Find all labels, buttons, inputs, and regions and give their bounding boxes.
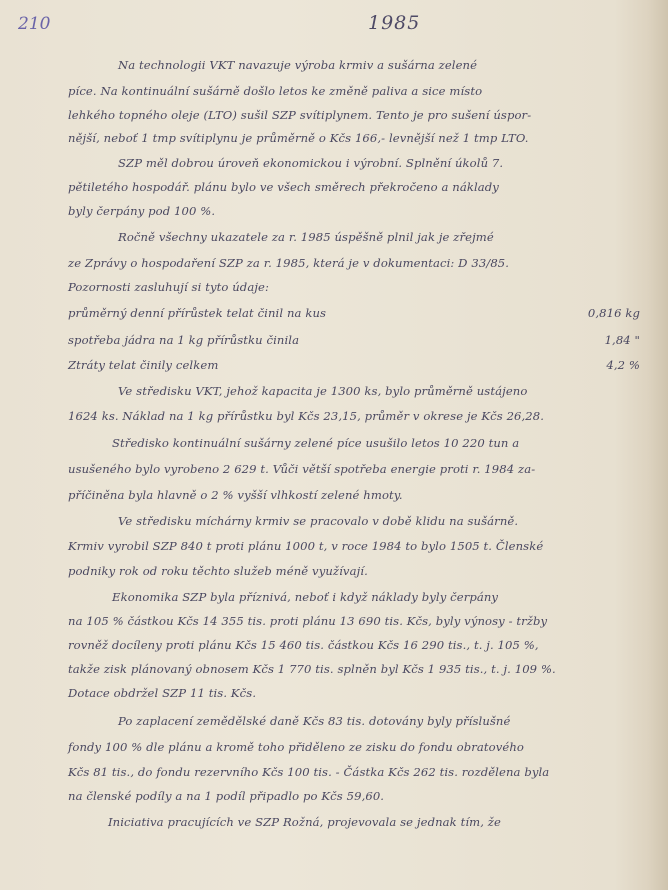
text-line: Po zaplacení zemědělské daně Kčs 83 tis.… [118,714,510,728]
text-line: byly čerpány pod 100 %. [68,204,215,218]
indicator-label: Ztráty telat činily celkem [68,358,218,372]
indicator-value: 1,84 " [605,333,646,347]
indicator-row: Ztráty telat činily celkem 4,2 % [68,358,646,372]
text-line: Iniciativa pracujících ve SZP Rožná, pro… [108,815,501,829]
text-line: ze Zprávy o hospodaření SZP za r. 1985, … [68,256,509,270]
indicator-value: 0,816 kg [588,306,646,320]
text-line: Ekonomika SZP byla příznivá, neboť i kdy… [112,590,498,604]
text-line: Pozornosti zasluhují si tyto údaje: [68,280,269,294]
indicator-label: spotřeba jádra na 1 kg přírůstku činila [68,333,299,347]
indicator-label: průměrný denní přírůstek telat činil na … [68,306,326,320]
text-line: Dotace obdržel SZP 11 tis. Kčs. [68,686,256,700]
text-line: Ročně všechny ukazatele za r. 1985 úspěš… [118,230,494,244]
text-line: usušeného bylo vyrobeno 2 629 t. Vůči vě… [68,462,535,476]
text-line: příčiněna byla hlavně o 2 % vyšší vlhkos… [68,488,403,502]
text-line: rovněž docíleny proti plánu Kčs 15 460 t… [68,638,539,652]
text-line: Středisko kontinuální sušárny zelené píc… [112,436,519,450]
text-line: na 105 % částkou Kčs 14 355 tis. proti p… [68,614,547,628]
text-line: Krmiv vyrobil SZP 840 t proti plánu 1000… [68,539,543,553]
text-line: podniky rok od roku těchto služeb méně v… [68,564,368,578]
text-line: fondy 100 % dle plánu a kromě toho přidě… [68,740,524,754]
indicator-row: průměrný denní přírůstek telat činil na … [68,306,646,320]
text-line: Na technologii VKT navazuje výroba krmiv… [118,58,477,72]
text-line: Ve středisku míchárny krmiv se pracovalo… [118,514,518,528]
text-line: SZP měl dobrou úroveň ekonomickou i výro… [118,156,503,170]
year-heading: 1985 [368,12,420,34]
page-number: 210 [18,14,50,34]
text-line: nější, neboť 1 tmp svítiplynu je průměrn… [68,131,529,145]
text-line: Ve středisku VKT, jehož kapacita je 1300… [118,384,527,398]
text-line: píce. Na kontinuální sušárně došlo letos… [68,84,482,98]
text-line: lehkého topného oleje (LTO) sušil SZP sv… [68,108,531,122]
text-line: takže zisk plánovaný obnosem Kčs 1 770 t… [68,662,556,676]
text-line: pětiletého hospodář. plánu bylo ve všech… [68,180,499,194]
chronicle-page: 210 1985 Na technologii VKT navazuje výr… [0,0,668,890]
indicator-value: 4,2 % [606,358,646,372]
text-line: na členské podíly a na 1 podíl připadlo … [68,789,384,803]
text-line: 1624 ks. Náklad na 1 kg přírůstku byl Kč… [68,409,544,423]
indicator-row: spotřeba jádra na 1 kg přírůstku činila … [68,333,646,347]
text-line: Kčs 81 tis., do fondu rezervního Kčs 100… [68,765,549,779]
